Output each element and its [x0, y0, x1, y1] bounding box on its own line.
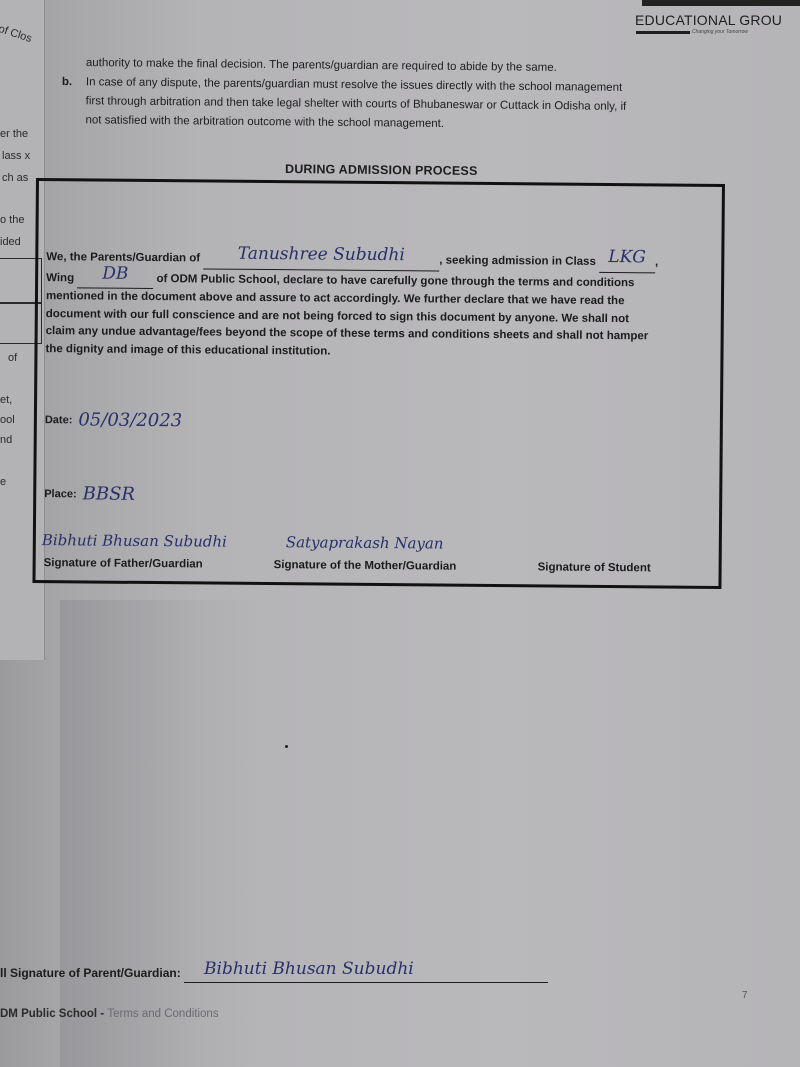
declaration-box: We, the Parents/Guardian of Tanushree Su… [32, 178, 725, 589]
footer-doc: Terms and Conditions [107, 1008, 218, 1020]
fragment: et, [0, 394, 12, 406]
shadow [60, 600, 260, 1067]
place-row: Place:BBSR [44, 481, 135, 503]
fragment: of Clos [0, 23, 33, 45]
fragment: ided [0, 236, 21, 248]
date-value[interactable]: 05/03/2023 [78, 409, 182, 431]
father-signature-label: Signature of Father/Guardian [44, 557, 203, 570]
fragment: e [0, 476, 6, 488]
fragment: nd [0, 434, 12, 446]
footer: DM Public School - Terms and Conditions [0, 1008, 219, 1020]
fragment: ool [0, 414, 15, 426]
student-signature-label: Signature of Student [538, 561, 651, 574]
page-number: 7 [742, 990, 748, 1001]
logo-tagline: Changing your Tomorrow [692, 29, 748, 35]
clause-b: b.In case of any dispute, the parents/gu… [61, 73, 626, 136]
school-logo: EDUCATIONAL GROU Changing your Tomorrow [632, 0, 800, 44]
final-signature-field[interactable]: Bibhuti Bhusan Subudhi [184, 962, 548, 983]
logo-brand: EDUCATIONAL GROU [635, 12, 782, 28]
final-signature-label: ll Signature of Parent/Guardian: [0, 966, 181, 980]
class-field[interactable]: LKG [599, 252, 655, 273]
mother-signature[interactable]: Satyaprakash Nayan [286, 533, 444, 552]
place-label: Place: [44, 488, 77, 500]
fragment: lass x [2, 150, 30, 162]
fragment: o the [0, 214, 24, 226]
mother-signature-label: Signature of the Mother/Guardian [274, 559, 457, 573]
date-row: Date:05/03/2023 [45, 407, 182, 429]
fragment: ch as [2, 172, 28, 184]
declaration-text: We, the Parents/Guardian of Tanushree Su… [45, 247, 722, 364]
fragment: of [8, 352, 17, 364]
footer-school: DM Public School - [0, 1008, 104, 1020]
wing-field[interactable]: DB [77, 268, 153, 289]
father-signature[interactable]: Bibhuti Bhusan Subudhi [42, 531, 227, 551]
clause-label: b. [62, 73, 86, 92]
fragment: er the [0, 128, 28, 140]
student-name-field[interactable]: Tanushree Subudhi [203, 248, 439, 271]
date-label: Date: [45, 414, 73, 426]
place-value[interactable]: BBSR [83, 483, 136, 504]
final-signature-row: ll Signature of Parent/Guardian: Bibhuti… [0, 962, 548, 983]
speck [285, 745, 288, 748]
section-title: DURING ADMISSION PROCESS [285, 162, 478, 178]
